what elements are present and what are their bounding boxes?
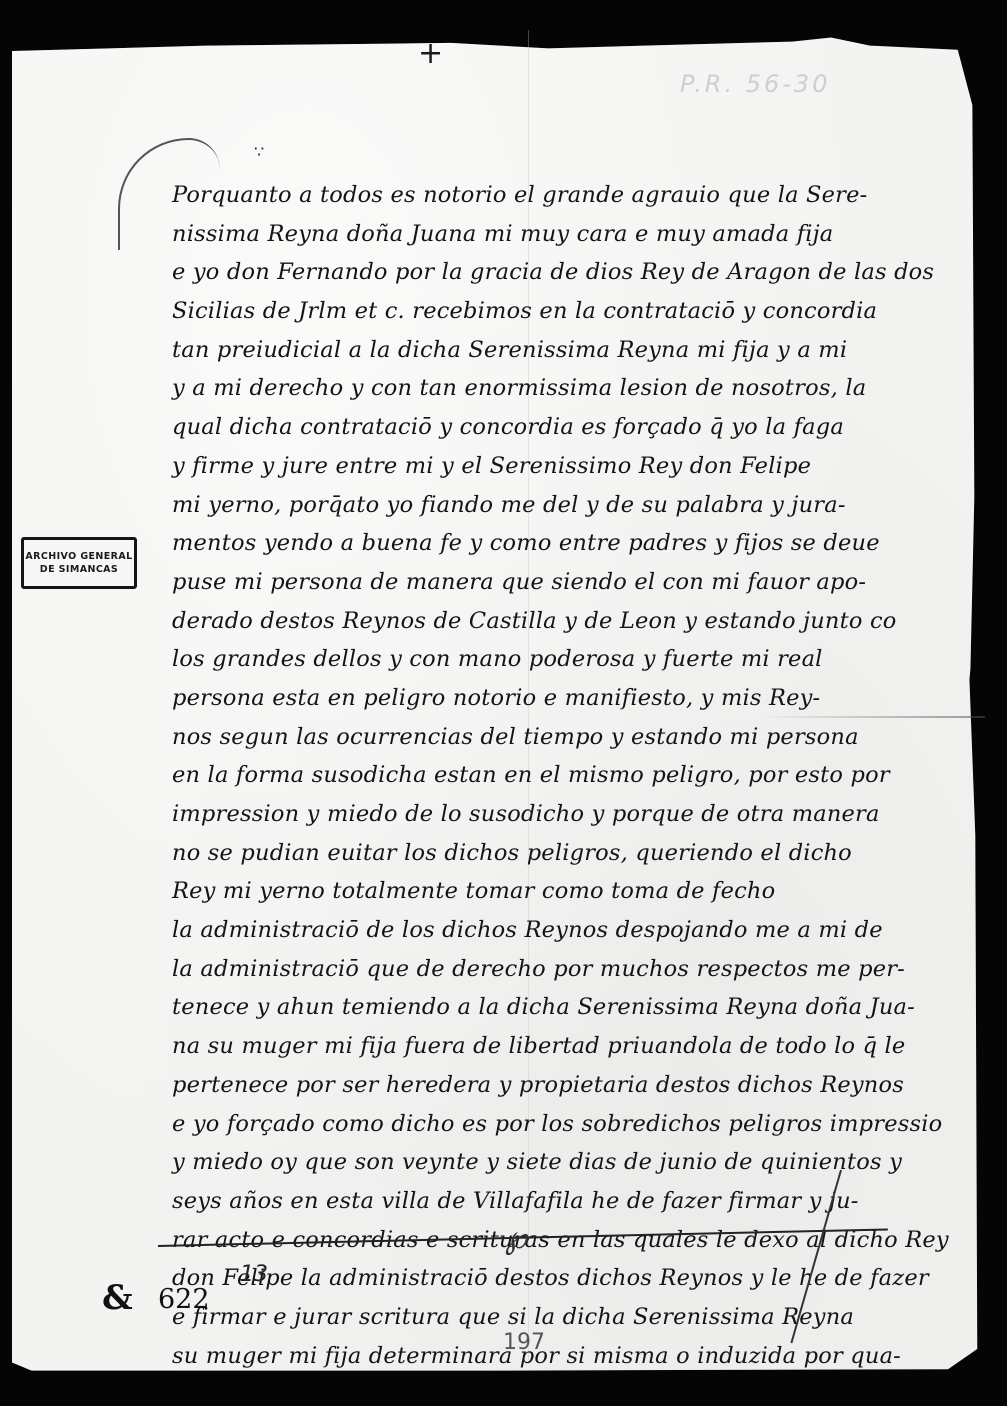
manuscript-line: nos segun las ocurrencias del tiempo y e… — [172, 718, 932, 757]
manuscript-line: e yo forçado como dicho es por los sobre… — [172, 1105, 932, 1144]
manuscript-line: y miedo oy que son veynte y siete dias d… — [172, 1143, 932, 1182]
manuscript-line: y firme y jure entre mi y el Serenissimo… — [172, 447, 932, 486]
manuscript-line: la administraciō que de derecho por much… — [172, 950, 932, 989]
manuscript-line: tan preiudicial a la dicha Serenissima R… — [172, 331, 932, 370]
header-cross-mark: + — [418, 36, 443, 71]
manuscript-line: mentos yendo a buena fe y como entre pad… — [172, 524, 932, 563]
manuscript-line: los grandes dellos y con mano poderosa y… — [172, 640, 932, 679]
folio-number: 622 — [158, 1284, 210, 1315]
folio-pencil-number: 197 — [503, 1330, 545, 1355]
manuscript-line: Porquanto a todos es notorio el grande a… — [172, 176, 932, 215]
manuscript-line: na su muger mi fija fuera de libertad pr… — [172, 1027, 932, 1066]
manuscript-line: en la forma susodicha estan en el mismo … — [172, 756, 932, 795]
folio-small-number: 13 — [240, 1262, 268, 1287]
manuscript-line: y a mi derecho y con tan enormissima les… — [172, 369, 932, 408]
manuscript-line: puse mi persona de manera que siendo el … — [172, 563, 932, 602]
manuscript-line: no se pudian euitar los dichos peligros,… — [172, 834, 932, 873]
folio-ampersand: & — [102, 1278, 133, 1318]
archive-reference-pencil: P.R. 56-30 — [680, 70, 830, 98]
manuscript-line: Sicilias de Jrlm et c. recebimos en la c… — [172, 292, 932, 331]
manuscript-body: Porquanto a todos es notorio el grande a… — [172, 176, 932, 1375]
manuscript-line: e yo don Fernando por la gracia de dios … — [172, 253, 932, 292]
manuscript-line: Rey mi yerno totalmente tomar como toma … — [172, 872, 932, 911]
manuscript-line: impression y miedo de lo susodicho y por… — [172, 795, 932, 834]
manuscript-line: e firmar e jurar scritura que si la dich… — [172, 1298, 932, 1337]
manuscript-line: mi yerno, porq̄ato yo fiando me del y de… — [172, 486, 932, 525]
manuscript-line: seys años en esta villa de Villafafila h… — [172, 1182, 932, 1221]
manuscript-line: don Felipe la administraciō destos dicho… — [172, 1259, 932, 1298]
flourish-dots: ∵ — [254, 142, 264, 161]
manuscript-line: persona esta en peligro notorio e manifi… — [172, 679, 932, 718]
manuscript-line: su muger mi fija determinara por si mism… — [172, 1337, 932, 1376]
stamp-line-2: DE SIMANCAS — [40, 563, 118, 576]
manuscript-line: qual dicha contrataciō y concordia es fo… — [172, 408, 932, 447]
archive-stamp: ARCHIVO GENERAL DE SIMANCAS — [21, 537, 137, 589]
stamp-line-1: ARCHIVO GENERAL — [25, 550, 132, 563]
manuscript-line: pertenece por ser heredera y propietaria… — [172, 1066, 932, 1105]
manuscript-line: la administraciō de los dichos Reynos de… — [172, 911, 932, 950]
rubric-signature: ℘ — [505, 1218, 527, 1256]
manuscript-line: tenece y ahun temiendo a la dicha Sereni… — [172, 988, 932, 1027]
manuscript-line: derado destos Reynos de Castilla y de Le… — [172, 602, 932, 641]
manuscript-line: nissima Reyna doña Juana mi muy cara e m… — [172, 215, 932, 254]
